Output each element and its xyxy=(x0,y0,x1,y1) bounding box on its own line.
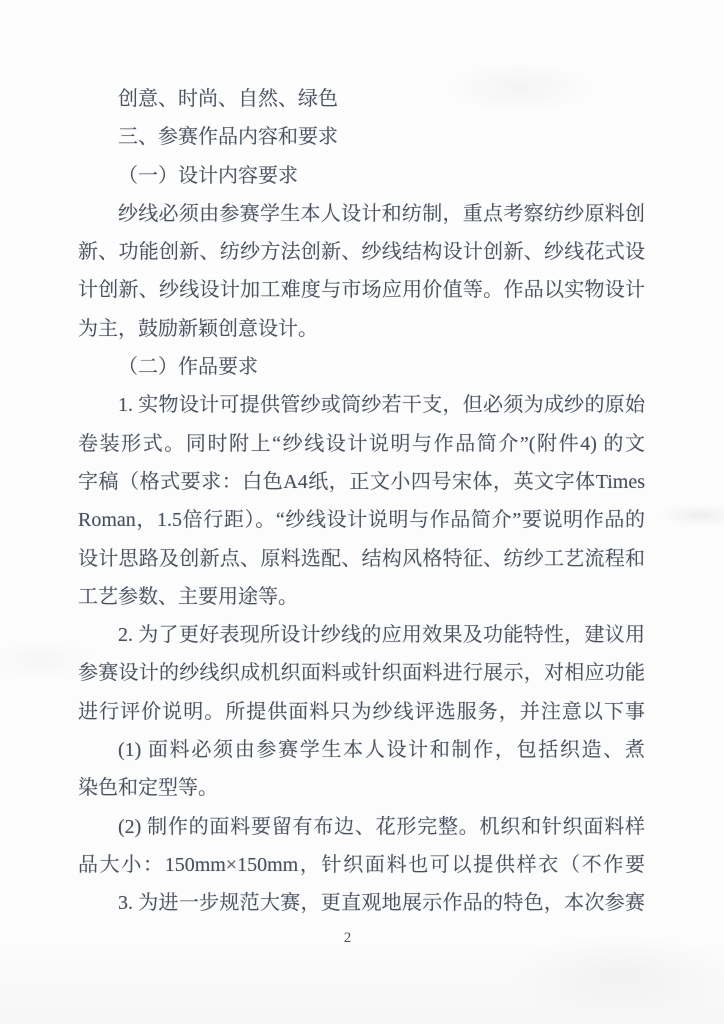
text-line: 计创新、纱线设计加工难度与市场应用价值等。作品以实物设计 xyxy=(78,271,645,309)
text-line: 设计思路及创新点、原料选配、结构风格特征、纺纱工艺流程和 xyxy=(78,540,645,578)
scanned-document-page: 创意、时尚、自然、绿色三、参赛作品内容和要求（一）设计内容要求纱线必须由参赛学生… xyxy=(0,0,724,1024)
text-line: 为主，鼓励新颖创意设计。 xyxy=(78,310,645,348)
text-line: 染色和定型等。 xyxy=(78,769,645,807)
text-line: (2) 制作的面料要留有布边、花形完整。机织和针织面料样 xyxy=(78,808,645,846)
text-line: Roman，1.5倍行距）。“纱线设计说明与作品简介”要说明作品的 xyxy=(78,501,645,539)
text-line: 1. 实物设计可提供管纱或筒纱若干支，但必须为成纱的原始 xyxy=(78,386,645,424)
text-line: 参赛设计的纱线织成机织面料或针织面料进行展示，对相应功能 xyxy=(78,654,645,692)
text-line: 工艺参数、主要用途等。 xyxy=(78,578,645,616)
text-line: 创意、时尚、自然、绿色 xyxy=(78,80,645,118)
text-line: 字稿（格式要求：白色A4纸，正文小四号宋体，英文字体Times New xyxy=(78,463,645,501)
text-line: 进行评价说明。所提供面料只为纱线评选服务，并注意以下事项： xyxy=(78,693,645,731)
text-line: 卷装形式。同时附上“纱线设计说明与作品简介”(附件4) 的文 xyxy=(78,425,645,463)
text-line: 纱线必须由参赛学生本人设计和纺制，重点考察纺纱原料创 xyxy=(78,195,645,233)
text-line: 三、参赛作品内容和要求 xyxy=(78,118,645,156)
page-number: 2 xyxy=(78,930,618,947)
text-line: 3. 为进一步规范大赛，更直观地展示作品的特色，本次参赛 xyxy=(78,884,645,922)
text-line: 2. 为了更好表现所设计纱线的应用效果及功能特性，建议用 xyxy=(78,616,645,654)
text-line: 新、功能创新、纺纱方法创新、纱线结构设计创新、纱线花式设 xyxy=(78,233,645,271)
text-line: （二）作品要求 xyxy=(78,348,645,386)
text-line: （一）设计内容要求 xyxy=(78,157,645,195)
text-line: 品大小：150mm×150mm，针织面料也可以提供样衣（不作要求）。 xyxy=(78,846,645,884)
text-lines: 创意、时尚、自然、绿色三、参赛作品内容和要求（一）设计内容要求纱线必须由参赛学生… xyxy=(78,80,645,923)
text-line: (1) 面料必须由参赛学生本人设计和制作，包括织造、煮练、 xyxy=(78,731,645,769)
